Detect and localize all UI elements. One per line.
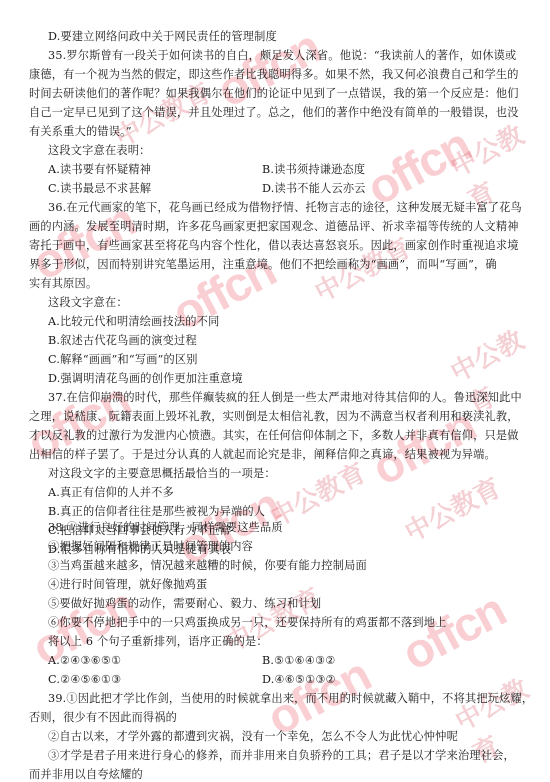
option-d-q38: D.④⑥⑤①③② <box>262 673 336 687</box>
question-36-stem: 画的内涵。发展至明清时期，许多花鸟画家更把家国观念、道德品评、祈求幸福等传统的人… <box>29 220 519 234</box>
question-37-stem: 才以反礼教的过激行为发泄内心愤懑。其实，在任何信仰体制之下，多数人并非真有信仰，… <box>29 429 519 443</box>
exam-page: offcn 中公教育 offcn 中公教育 offcn offcn 中公教育 中… <box>0 0 550 782</box>
option-a-q38: A.②④③⑥⑤① <box>48 654 121 668</box>
question-38-sentence-1: 38.①进行良好的时间管理，同样需要这些品质 <box>48 521 283 535</box>
question-39-sentence-3: ③才学是君子用来进行身心的修养，而并非用来自负骄矜的工具；君子是以才学来治理社会… <box>48 749 515 763</box>
question-38-sentence-6: ⑥你要不停地把手中的一只鸡蛋换成另一只，还要保持所有的鸡蛋都不落到地上 <box>48 616 447 630</box>
option-c-q35: C.读书最忌不求甚解 <box>48 182 151 196</box>
option-d-q34: D.要建立网络问政中关于网民责任的管理制度 <box>48 30 277 44</box>
question-37-stem: 出相信的样子罢了。于是过分认真的人就起而论究是非，阐释信仰之真谛，结果被视为异端… <box>29 448 496 462</box>
question-38-sentence-4: ④进行时间管理，就好像抛鸡蛋 <box>48 578 207 592</box>
option-b-q36: B.叙述古代花鸟画的演变过程 <box>48 334 197 348</box>
option-c-q38: C.②④⑤⑥①③ <box>48 673 122 687</box>
question-39-sentence-1: 否则，很少有不因此而得祸的 <box>29 711 177 725</box>
question-37-stem: 37.在信仰崩溃的时代，那些佯癫装疯的狂人倒是一些太严肃地对待其信仰的人。鲁迅深… <box>48 391 522 405</box>
question-39-sentence-3: 而并非用以自夸炫耀的 <box>29 768 143 782</box>
option-a-q36: A.比较元代和明清绘画技法的不同 <box>48 315 219 329</box>
question-35-stem: 有关系重大的错误。” <box>29 125 132 139</box>
option-d-q35: D.读书不能人云亦云 <box>262 182 366 196</box>
question-36-prompt: 这段文字意在： <box>48 296 128 310</box>
question-35-stem: 康德，有一个视为当然的假定，即这些作者比我聪明得多。如果不然，我又何必浪费自己和… <box>29 68 519 82</box>
option-b-q35: B.读书须持谦逊态度 <box>262 163 365 177</box>
question-35-prompt: 这段文字意在表明： <box>48 144 151 158</box>
option-b-q38: B.⑤①⑥④③② <box>262 654 336 668</box>
question-36-stem: 实有其原因。 <box>29 277 97 291</box>
option-b-q37: B.真正的信仰者往往是那些被视为异端的人 <box>48 505 265 519</box>
question-38-prompt: 将以上 6 个句子重新排列，语序正确的是： <box>48 635 268 649</box>
option-a-q35: A.读书要有怀疑精神 <box>48 163 151 177</box>
question-37-stem: 之理，说嵇康、阮籍表面上毁坏礼教，实则倒是太相信礼教，因为不满意当权者利用和亵渎… <box>29 410 519 424</box>
option-c-q36: C.解释“画画”和“写画”的区别 <box>48 353 198 367</box>
question-35-stem: 自己一定早已见到了这个错误，并且处理过了。总之，他们的著作中绝没有简单的一般错误… <box>29 106 519 120</box>
question-35-stem: 35.罗尔斯曾有一段关于如何读书的自白，颇足发人深省。他说：“我读前人的著作，如… <box>48 49 516 63</box>
option-d-q36: D.强调明清花鸟画的创作更加注重意境 <box>48 372 243 386</box>
question-36-stem: 界多于形似，因而特别讲究笔墨运用，注重意境。他们不把绘画称为“画画”，而叫“写画… <box>29 258 497 272</box>
zhonggong-watermark: 中公教育 <box>397 468 506 550</box>
question-36-stem: 36.在元代画家的笔下，花鸟画已经成为借物抒情、托物言志的途径，这种发展无疑丰富… <box>48 201 522 215</box>
question-38-sentence-5: ⑤要做好抛鸡蛋的动作，需要耐心、毅力、练习和计划 <box>48 597 321 611</box>
question-39-sentence-2: ②自古以来，才学外露的都遭到灾祸，没有一个幸免，怎么不令人为此忧心忡忡呢 <box>48 730 458 744</box>
question-39-sentence-1: 39.①因此把才学比作剑，当使用的时候就拿出来，而不用的时候就藏入鞘中，不将其把… <box>48 692 533 706</box>
question-38-sentence-3: ③当鸡蛋越来越多，情况越来越糟的时候，你要有能力控制局面 <box>48 559 367 573</box>
offcn-watermark: offcn <box>393 583 514 682</box>
question-37-prompt: 对这段文字的主要意思概括最恰当的一项是： <box>48 467 276 481</box>
question-36-stem: 寄托于画中，有些画家甚至将花鸟内容个性化，借以表达喜怒哀乐。因此，画家创作时重视… <box>29 239 519 253</box>
question-38-sentence-2: ②把握好间隔和规律正是时间管理的内容 <box>48 540 253 554</box>
zhonggong-watermark: 中公教育 <box>443 312 550 422</box>
question-35-stem: 时间去研读他们的著作呢？如果我偶尔在他们的论证中见到了一点错误，我的第一个反应是… <box>29 87 519 101</box>
option-a-q37: A.真正有信仰的人并不多 <box>48 486 174 500</box>
